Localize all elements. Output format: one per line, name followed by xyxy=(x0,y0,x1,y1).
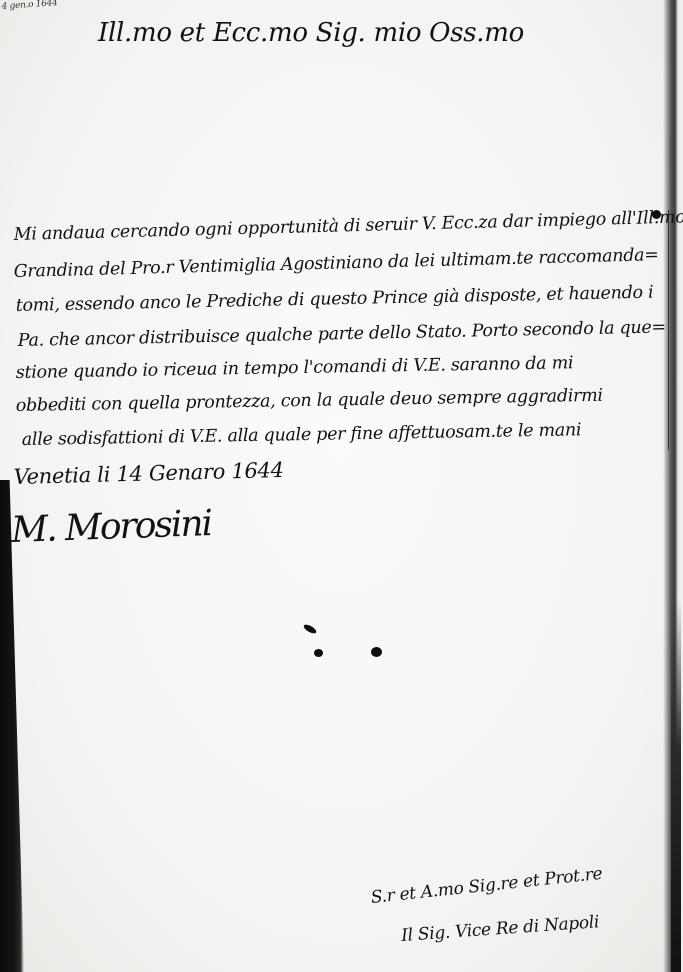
scan-left-edge-shadow xyxy=(0,480,24,972)
ink-blot xyxy=(652,210,661,219)
address-line-2: Il Sig. Vice Re di Napoli xyxy=(401,912,600,946)
date-place-line: Venetia li 14 Genaro 1644 xyxy=(13,458,284,489)
letter-line-3: tomi, essendo anco le Prediche di questo… xyxy=(16,283,654,316)
salutation-text: Ill.mo et Ecc.mo Sig. mio Oss.mo xyxy=(98,18,524,48)
salutation: Ill.mo et Ecc.mo Sig. mio Oss.mo xyxy=(98,18,524,48)
letter-line-5: stione quando io riceua in tempo l'coman… xyxy=(16,353,574,383)
letter-line-2: Grandina del Pro.r Ventimiglia Agostinia… xyxy=(13,245,658,282)
signature: M. Morosini xyxy=(11,503,212,551)
manuscript-page: 4 gen.o 1644 Ill.mo et Ecc.mo Sig. mio O… xyxy=(0,0,683,972)
ink-blot xyxy=(371,647,382,657)
archival-corner-note: 4 gen.o 1644 xyxy=(1,0,57,12)
ink-blot xyxy=(314,649,323,657)
letter-line-7: alle sodisfattioni di V.E. alla quale pe… xyxy=(22,420,582,450)
letter-line-4: Pa. che ancor distribuisce qualche parte… xyxy=(18,317,666,351)
ink-blot xyxy=(302,623,317,635)
address-line-1: S.r et A.mo Sig.re et Prot.re xyxy=(370,864,603,908)
scan-right-edge-dark-strip xyxy=(671,600,681,972)
letter-line-1: Mi andaua cercando ogni opportunità di s… xyxy=(13,205,683,245)
margin-rule xyxy=(668,210,669,450)
letter-line-6: obbediti con quella prontezza, con la qu… xyxy=(16,386,603,416)
